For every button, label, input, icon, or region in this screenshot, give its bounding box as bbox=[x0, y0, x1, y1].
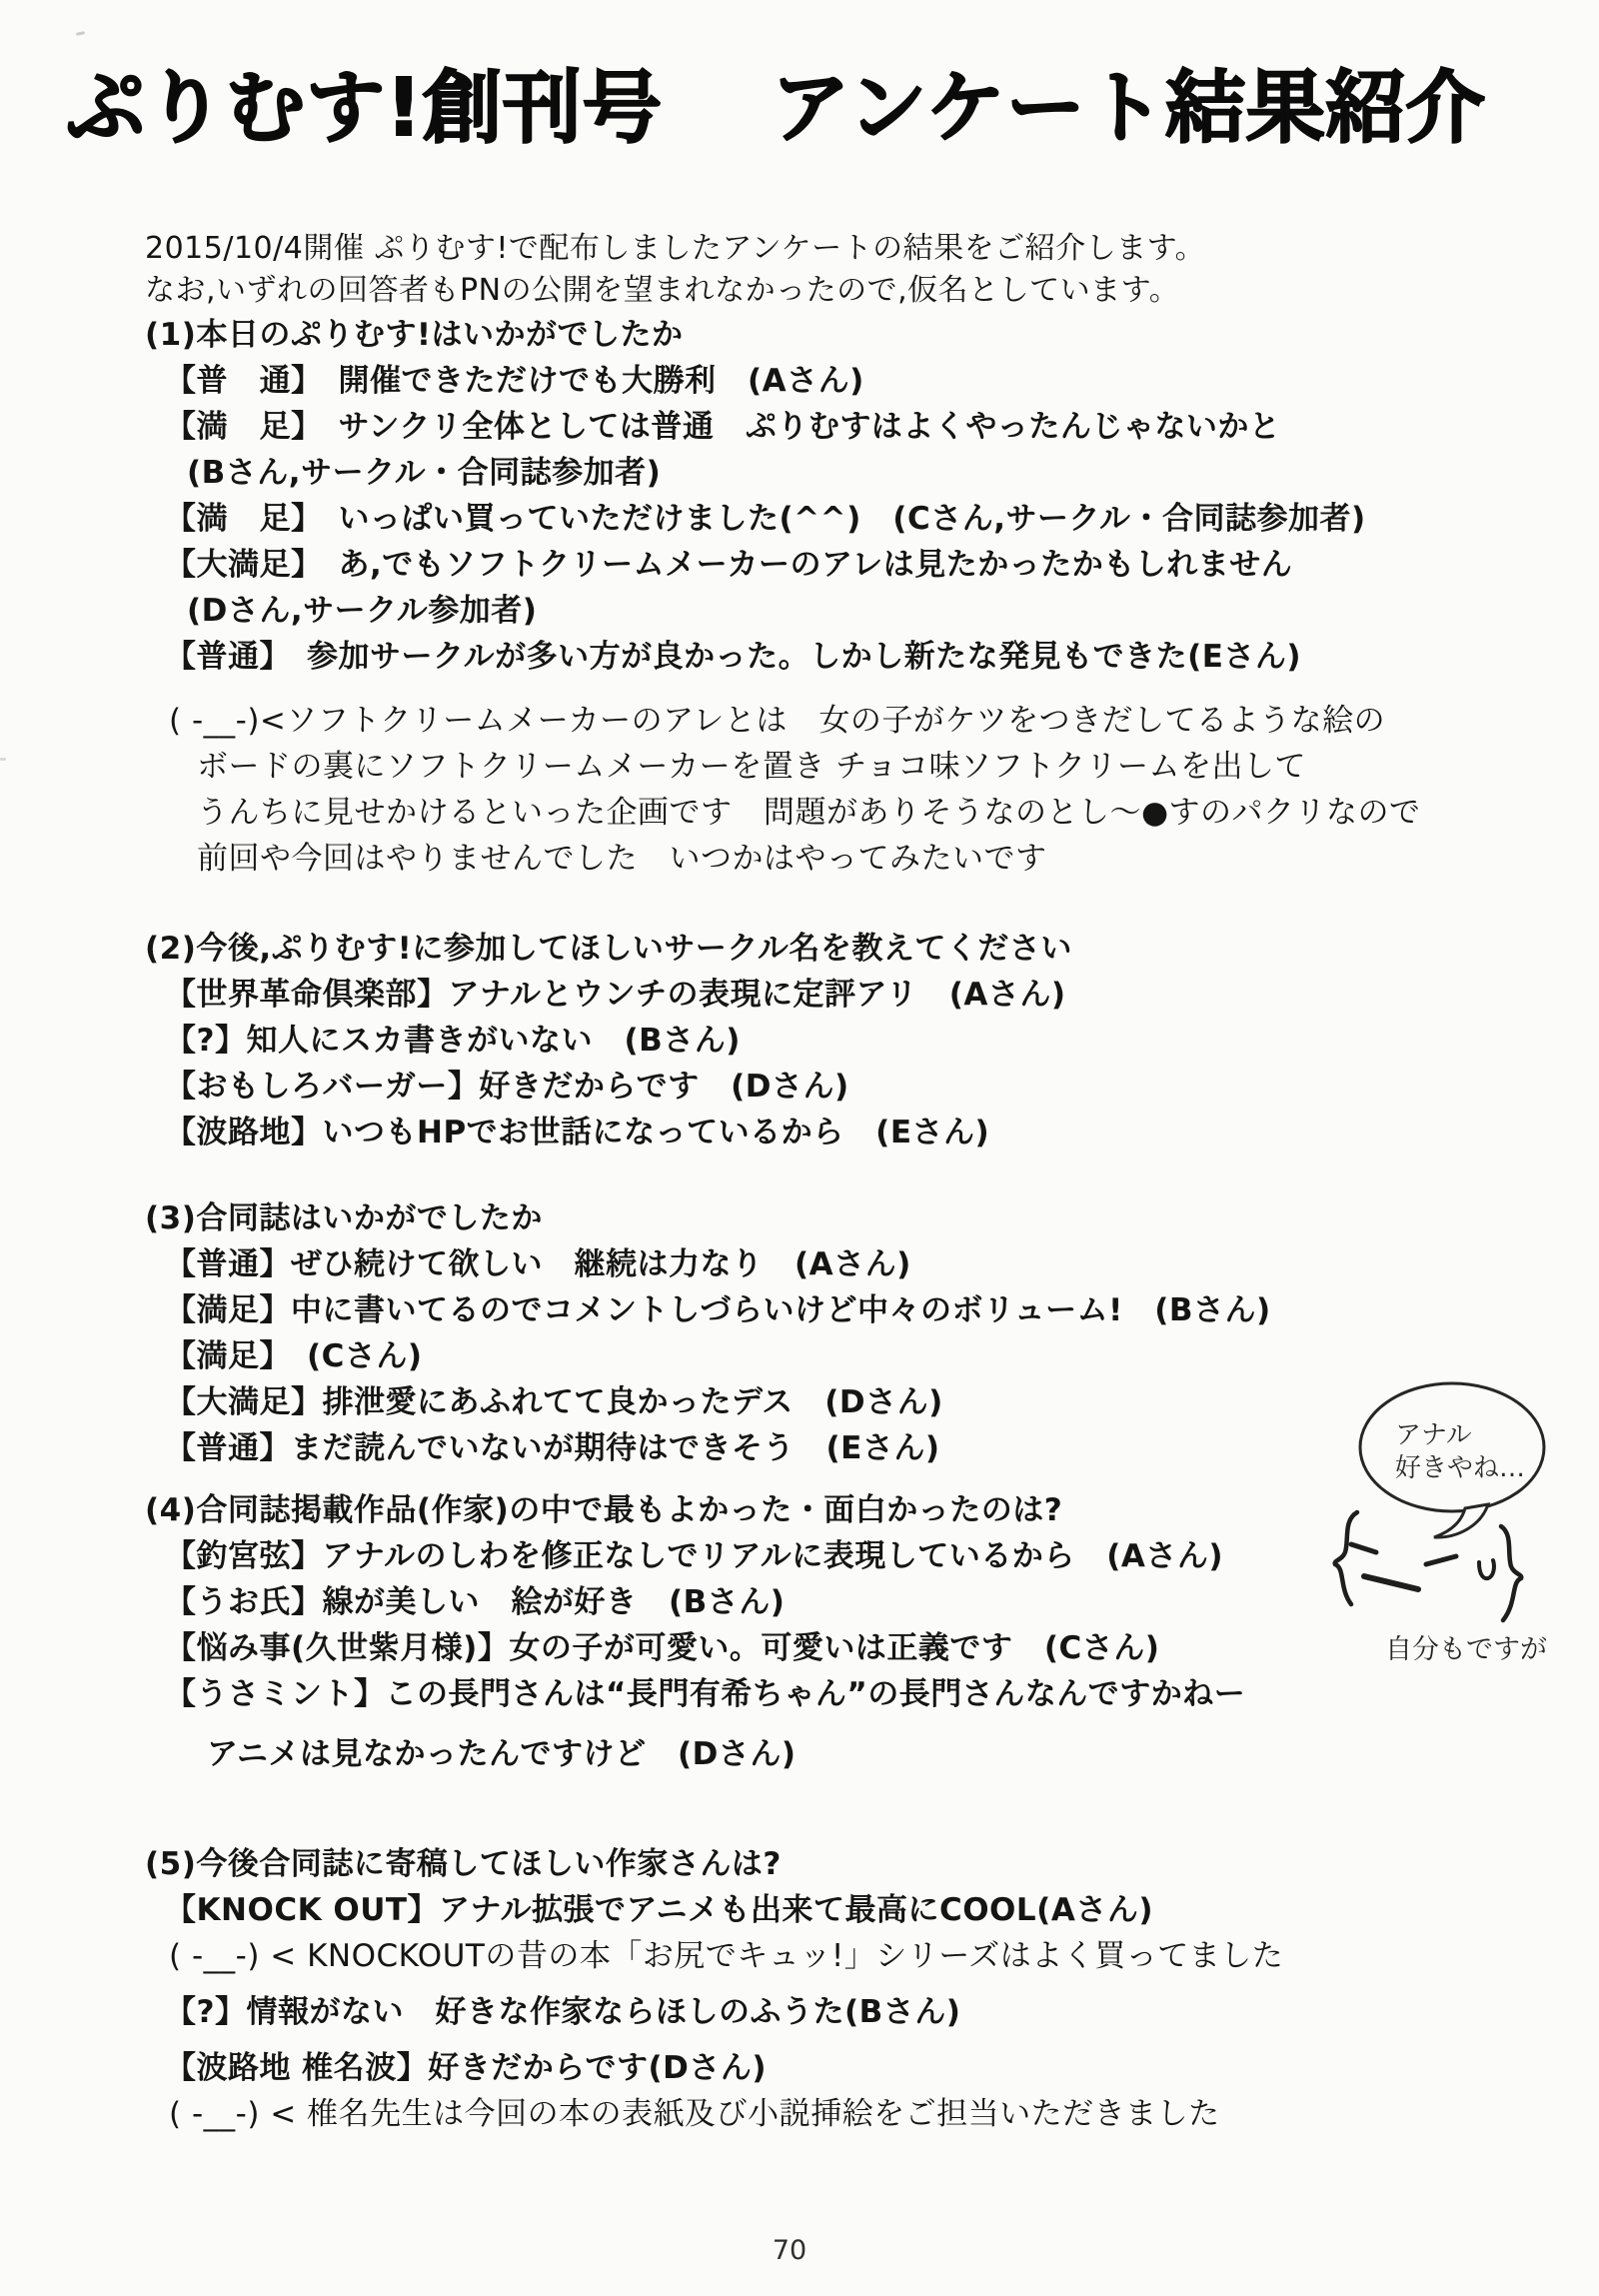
section-heading: (5)今後合同誌に寄稿してほしい作家さんは? bbox=[145, 1841, 1514, 1887]
survey-answer-line: 【普通】 参加サークルが多い方が良かった。しかし新たな発見もできた(Eさん) bbox=[165, 634, 1514, 680]
section-heading: (1)本日のぷりむす!はいかがでしたか bbox=[145, 312, 1514, 358]
survey-answer-line: 【?】情報がない 好きな作家ならほしのふうた(Bさん) bbox=[165, 1989, 1514, 2035]
section-q3: (3)合同誌はいかがでしたか 【普通】ぜひ続けて欲しい 継続は力なり (Aさん)… bbox=[145, 1195, 1514, 1471]
editor-comment-line: ( -__-)<ソフトクリームメーカーのアレとは 女の子がケツをつきだしてるよう… bbox=[169, 698, 1514, 744]
page-title: ぷりむす!創刊号 アンケート結果紹介 bbox=[66, 44, 1545, 158]
section-q5: (5)今後合同誌に寄稿してほしい作家さんは? 【KNOCK OUT】アナル拡張で… bbox=[145, 1841, 1514, 2137]
survey-answer-line: 【満 足】 サンクリ全体としては普通 ぷりむすはよくやったんじゃないかと bbox=[165, 404, 1514, 450]
editor-comment-line: 前回や今回はやりませんでした いつかはやってみたいです bbox=[197, 836, 1514, 882]
section-q2: (2)今後,ぷりむす!に参加してほしいサークル名を教えてください 【世界革命倶楽… bbox=[145, 926, 1514, 1155]
survey-answer-line: 【KNOCK OUT】アナル拡張でアニメも出来て最高にCOOL(Aさん) bbox=[165, 1887, 1514, 1933]
survey-answer-line: 【大満足】 あ,でもソフトクリームメーカーのアレは見たかったかもしれません bbox=[165, 542, 1514, 588]
survey-answer-line: 【波路地 椎名波】好きだからです(Dさん) bbox=[165, 2045, 1514, 2091]
survey-answer-line: 【うお氏】線が美しい 絵が好き (Bさん) bbox=[165, 1579, 1514, 1625]
editor-comment-line: ( -__-) < KNOCKOUTの昔の本「お尻でキュッ!」シリーズはよく買っ… bbox=[169, 1933, 1514, 1979]
section-heading: (2)今後,ぷりむす!に参加してほしいサークル名を教えてください bbox=[145, 926, 1514, 972]
survey-answer-continuation: (Bさん,サークル・合同誌参加者) bbox=[187, 450, 1514, 496]
survey-answer-line: 【釣宮弦】アナルのしわを修正なしでリアルに表現しているから (Aさん) bbox=[165, 1533, 1514, 1579]
intro-line: 2015/10/4開催 ぷりむす!で配布しましたアンケートの結果をご紹介します。 bbox=[145, 228, 1514, 270]
margin-doodle: アナル 好きやね… 自分もですが bbox=[1315, 1375, 1571, 1675]
editor-comment-line: ( -__-) < 椎名先生は今回の本の表紙及び小説挿絵をご担当いただきました bbox=[169, 2091, 1514, 2137]
speech-bubble-line: 好きやね… bbox=[1395, 1452, 1525, 1485]
survey-answer-line: 【大満足】排泄愛にあふれてて良かったデス (Dさん) bbox=[165, 1379, 1514, 1425]
survey-answer-line: 【おもしろバーガー】好きだからです (Dさん) bbox=[165, 1064, 1514, 1110]
intro-line: なお,いずれの回答者もPNの公開を望まれなかったので,仮名としています。 bbox=[145, 270, 1514, 312]
survey-answer-line: 【うさミント】この長門さんは“長門有希ちゃん”の長門さんなんですかねー bbox=[165, 1671, 1514, 1717]
document-page: ぷりむす!創刊号 アンケート結果紹介 2015/10/4開催 ぷりむす!で配布し… bbox=[0, 0, 1599, 2296]
section-heading: (3)合同誌はいかがでしたか bbox=[145, 1195, 1514, 1241]
scan-speck bbox=[76, 31, 85, 36]
speech-bubble-line: アナル bbox=[1395, 1419, 1525, 1452]
editor-comment-block: ( -__-)<ソフトクリームメーカーのアレとは 女の子がケツをつきだしてるよう… bbox=[145, 698, 1514, 882]
survey-results-body: 2015/10/4開催 ぷりむす!で配布しましたアンケートの結果をご紹介します。… bbox=[145, 228, 1514, 2137]
section-q1: (1)本日のぷりむす!はいかがでしたか 【普 通】 開催できただけでも大勝利 (… bbox=[145, 312, 1514, 882]
survey-answer-line: 【普通】まだ読んでいないが期待はできそう (Eさん) bbox=[165, 1425, 1514, 1471]
page-number: 70 bbox=[0, 2235, 1579, 2266]
editor-comment-line: ボードの裏にソフトクリームメーカーを置き チョコ味ソフトクリームを出して bbox=[197, 744, 1514, 790]
survey-answer-line: 【普 通】 開催できただけでも大勝利 (Aさん) bbox=[165, 358, 1514, 404]
survey-answer-line: 【悩み事(久世紫月様)】女の子が可愛い。可愛いは正義です (Cさん) bbox=[165, 1625, 1514, 1671]
editor-comment-line: うんちに見せかけるといった企画です 問題がありそうなのとし〜●すのパクリなので bbox=[197, 790, 1514, 836]
doodle-caption: 自分もですが bbox=[1385, 1627, 1547, 1666]
survey-answer-line: 【世界革命倶楽部】アナルとウンチの表現に定評アリ (Aさん) bbox=[165, 972, 1514, 1018]
scan-speck bbox=[0, 758, 6, 761]
survey-answer-line: 【満足】 (Cさん) bbox=[165, 1333, 1514, 1379]
speech-bubble-text: アナル 好きやね… bbox=[1395, 1419, 1525, 1485]
survey-answer-line: 【波路地】いつもHPでお世話になっているから (Eさん) bbox=[165, 1110, 1514, 1155]
kaomoji-face bbox=[1335, 1512, 1522, 1620]
survey-answer-line: 【?】知人にスカ書きがいない (Bさん) bbox=[165, 1018, 1514, 1064]
section-q4: (4)合同誌掲載作品(作家)の中で最もよかった・面白かったのは? 【釣宮弦】アナ… bbox=[145, 1487, 1514, 1777]
survey-answer-line: 【満 足】 いっぱい買っていただけました(^^) (Cさん,サークル・合同誌参加… bbox=[165, 496, 1514, 542]
section-heading: (4)合同誌掲載作品(作家)の中で最もよかった・面白かったのは? bbox=[145, 1487, 1514, 1533]
survey-answer-line: 【普通】ぜひ続けて欲しい 継続は力なり (Aさん) bbox=[165, 1241, 1514, 1287]
survey-answer-continuation: アニメは見なかったんですけど (Dさん) bbox=[207, 1731, 1514, 1777]
survey-answer-line: 【満足】中に書いてるのでコメントしづらいけど中々のボリューム! (Bさん) bbox=[165, 1287, 1514, 1333]
survey-answer-continuation: (Dさん,サークル参加者) bbox=[187, 588, 1514, 634]
